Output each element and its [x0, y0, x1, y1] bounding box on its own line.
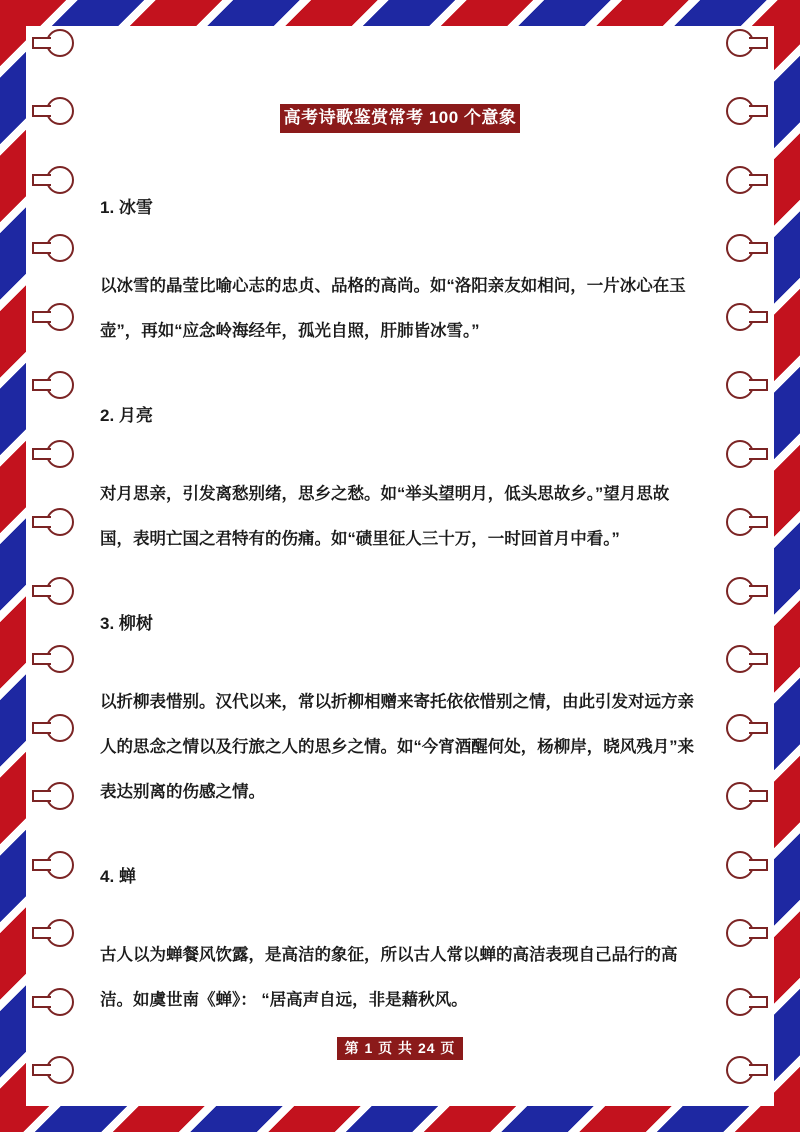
- hole-tab: [749, 105, 768, 117]
- hole-tab: [32, 448, 51, 460]
- hole-tab: [749, 722, 768, 734]
- hole-tab: [32, 722, 51, 734]
- document-page: 高考诗歌鉴赏常考 100 个意象 1. 冰雪 以冰雪的晶莹比喻心志的忠贞、品格的…: [0, 0, 800, 1132]
- binding-hole-icon: [726, 440, 768, 468]
- hole-tab: [32, 585, 51, 597]
- hole-tab: [32, 653, 51, 665]
- binding-hole-icon: [726, 1056, 768, 1084]
- binding-hole-icon: [32, 919, 74, 947]
- binding-hole-icon: [726, 577, 768, 605]
- binding-hole-icon: [32, 371, 74, 399]
- section-heading-2: 2. 月亮: [100, 406, 700, 425]
- binding-hole-icon: [32, 440, 74, 468]
- binding-hole-icon: [32, 234, 74, 262]
- page-footer: 第 1 页 共 24 页: [0, 1037, 800, 1060]
- binding-hole-icon: [726, 782, 768, 810]
- binding-hole-icon: [726, 851, 768, 879]
- section-paragraph-1: 以冰雪的晶莹比喻心志的忠贞、品格的高尚。如“洛阳亲友如相问，一片冰心在玉壶”，再…: [100, 264, 700, 354]
- binding-hole-icon: [32, 97, 74, 125]
- binding-hole-icon: [32, 782, 74, 810]
- hole-tab: [749, 311, 768, 323]
- hole-tab: [749, 653, 768, 665]
- hole-tab: [32, 37, 51, 49]
- binding-hole-icon: [32, 1056, 74, 1084]
- binding-hole-icon: [726, 371, 768, 399]
- document-content: 高考诗歌鉴赏常考 100 个意象 1. 冰雪 以冰雪的晶莹比喻心志的忠贞、品格的…: [100, 0, 700, 1023]
- binding-hole-icon: [726, 29, 768, 57]
- section-heading-4: 4. 蝉: [100, 867, 700, 886]
- hole-tab: [749, 859, 768, 871]
- hole-tab: [32, 859, 51, 871]
- binding-hole-icon: [726, 645, 768, 673]
- binding-hole-icon: [32, 508, 74, 536]
- binding-hole-icon: [32, 29, 74, 57]
- hole-tab: [749, 242, 768, 254]
- binding-hole-icon: [726, 508, 768, 536]
- binding-hole-icon: [726, 988, 768, 1016]
- section-paragraph-2: 对月思亲，引发离愁别绪，思乡之愁。如“举头望明月，低头思故乡。”望月思故国，表明…: [100, 472, 700, 562]
- hole-tab: [32, 242, 51, 254]
- hole-tab: [749, 790, 768, 802]
- binding-hole-icon: [32, 303, 74, 331]
- hole-tab: [749, 585, 768, 597]
- hole-tab: [749, 516, 768, 528]
- hole-tab: [32, 516, 51, 528]
- hole-tab: [32, 1064, 51, 1076]
- document-title: 高考诗歌鉴赏常考 100 个意象: [280, 104, 521, 133]
- section-heading-3: 3. 柳树: [100, 614, 700, 633]
- binding-hole-icon: [726, 919, 768, 947]
- binding-hole-icon: [726, 714, 768, 742]
- hole-tab: [749, 174, 768, 186]
- hole-tab: [749, 1064, 768, 1076]
- hole-tab: [749, 996, 768, 1008]
- page-number-badge: 第 1 页 共 24 页: [337, 1037, 464, 1060]
- binding-hole-icon: [32, 645, 74, 673]
- binding-hole-icon: [726, 166, 768, 194]
- section-paragraph-3: 以折柳表惜别。汉代以来，常以折柳相赠来寄托依依惜别之情，由此引发对远方亲人的思念…: [100, 680, 700, 815]
- hole-tab: [32, 379, 51, 391]
- binding-hole-icon: [32, 851, 74, 879]
- hole-tab: [749, 448, 768, 460]
- binding-hole-icon: [32, 577, 74, 605]
- binding-hole-icon: [32, 988, 74, 1016]
- section-paragraph-4: 古人以为蝉餐风饮露，是高洁的象征，所以古人常以蝉的高洁表现自己品行的高洁。如虞世…: [100, 933, 700, 1023]
- hole-tab: [32, 105, 51, 117]
- hole-tab: [749, 37, 768, 49]
- binding-hole-icon: [726, 303, 768, 331]
- hole-tab: [32, 927, 51, 939]
- section-heading-1: 1. 冰雪: [100, 198, 700, 217]
- binding-hole-icon: [726, 234, 768, 262]
- hole-tab: [749, 379, 768, 391]
- title-wrap: 高考诗歌鉴赏常考 100 个意象: [280, 104, 521, 133]
- binding-hole-icon: [32, 714, 74, 742]
- binding-hole-icon: [32, 166, 74, 194]
- binding-hole-icon: [726, 97, 768, 125]
- hole-tab: [749, 927, 768, 939]
- hole-tab: [32, 311, 51, 323]
- hole-tab: [32, 790, 51, 802]
- hole-tab: [32, 174, 51, 186]
- hole-tab: [32, 996, 51, 1008]
